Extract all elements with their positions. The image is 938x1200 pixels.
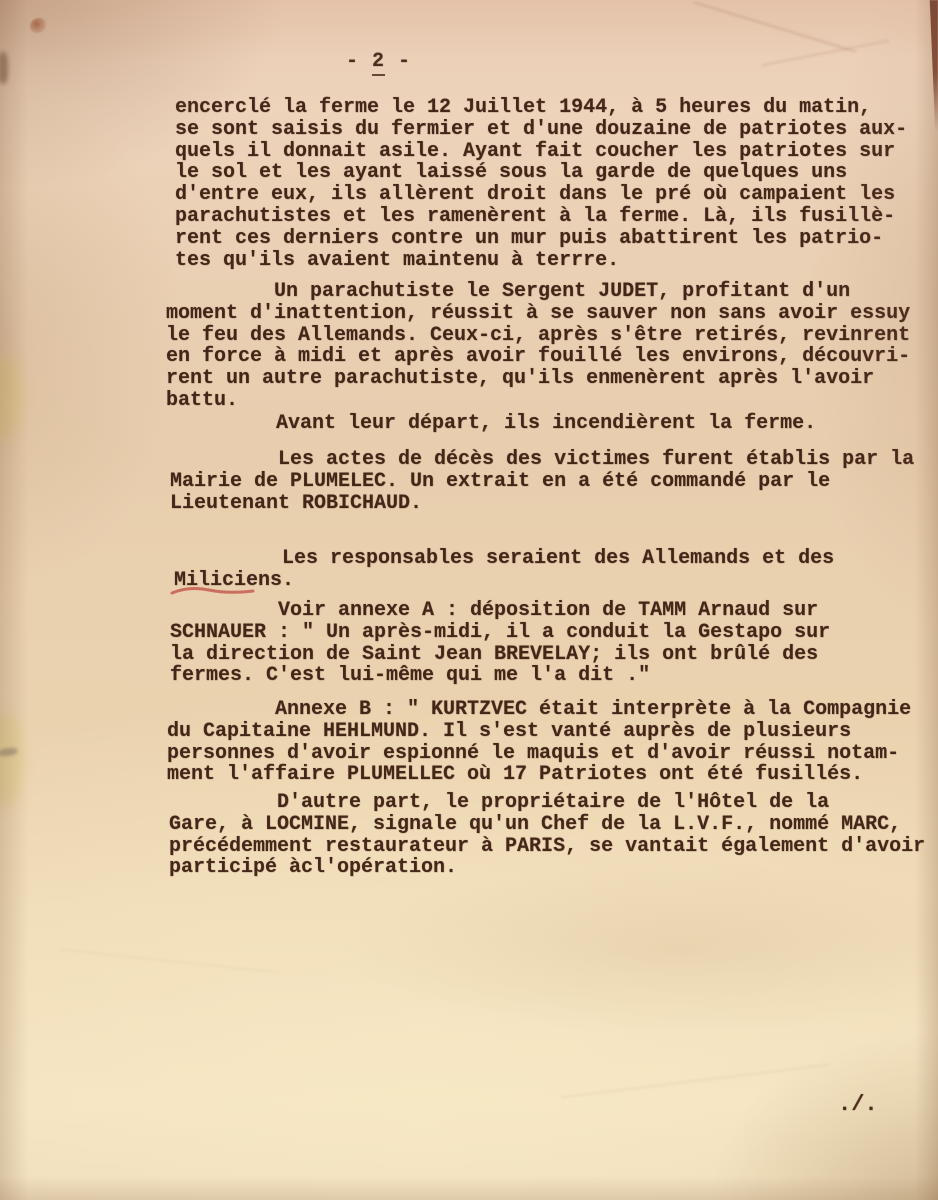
left-edge-yellow-stain-upper: [0, 355, 22, 440]
page-number-value: 2: [372, 50, 385, 76]
left-edge-grey-smudge: [0, 747, 18, 758]
continuation-mark: ./.: [838, 1094, 878, 1116]
page-number-dash-right: -: [385, 50, 411, 73]
paragraph-actes-deces: Les actes de décès des victimes furent é…: [170, 449, 914, 514]
left-edge-yellow-stain-lower: [0, 712, 24, 807]
paper-crease: [561, 1064, 829, 1099]
rust-fleck-stain: [30, 18, 46, 33]
page-number: - 2 -: [346, 51, 411, 73]
paragraph-annexe-b: Annexe B : " KURTZVEC était interprète à…: [167, 699, 911, 786]
paper-crease: [693, 1, 856, 53]
paragraph-annexe-a: Voir annexe A : déposition de TAMM Arnau…: [170, 600, 830, 687]
paragraph-encirclement: encerclé la ferme le 12 Juillet 1944, à …: [175, 97, 907, 271]
document-page: - 2 - encerclé la ferme le 12 Juillet 19…: [0, 0, 938, 1200]
paragraph-sergent-judet: Un parachutiste le Sergent JUDET, profit…: [166, 281, 910, 412]
paragraph-hotel-gare: D'autre part, le propriétaire de l'Hôtel…: [169, 792, 925, 879]
paragraph-responsables: Les responsables seraient des Allemands …: [174, 548, 834, 592]
paper-crease: [60, 949, 279, 974]
top-right-corner-shadow: [927, 0, 938, 132]
paper-crease: [761, 40, 889, 67]
page-number-dash-left: -: [346, 50, 372, 73]
paragraph-incendie: Avant leur départ, ils incendièrent la f…: [168, 413, 816, 435]
red-pencil-mark: [171, 584, 261, 598]
left-edge-dark-stain: [0, 52, 8, 84]
